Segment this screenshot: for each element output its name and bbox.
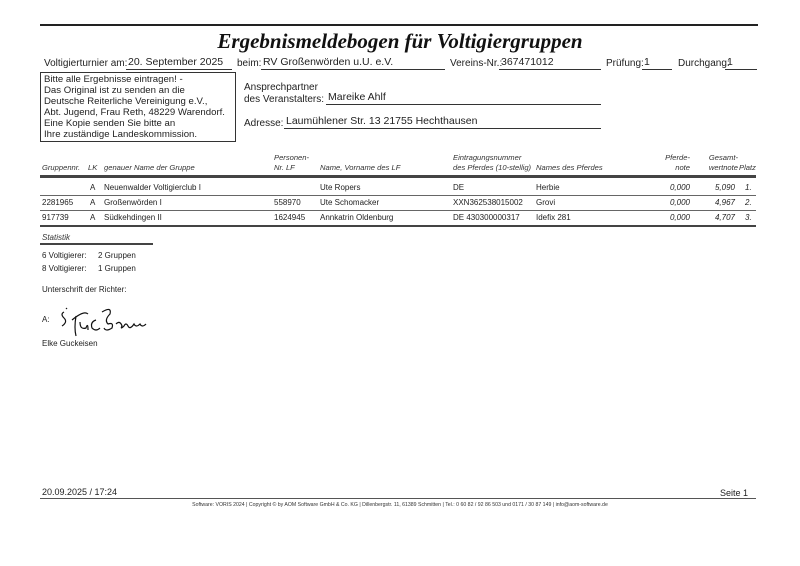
header-gruppennr: Gruppennr. — [42, 163, 80, 173]
footer-timestamp: 20.09.2025 / 17:24 — [42, 487, 117, 497]
cell-platz: 2. — [745, 198, 752, 208]
pruefung-label: Prüfung: — [606, 58, 644, 69]
header-platz: Platz — [739, 163, 756, 173]
notice-line: Deutsche Reiterliche Vereinigung e.V., — [44, 96, 232, 107]
statistik-title: Statistik — [42, 233, 70, 242]
signature-name: Elke Guckeisen — [42, 339, 98, 348]
row-rule — [40, 210, 756, 211]
cell-lf-name: Ute Schomacker — [320, 198, 379, 208]
cell-platz: 3. — [745, 213, 752, 223]
notice-box: Bitte alle Ergebnisse eintragen! - Das O… — [40, 72, 236, 142]
cell-personen-nr: 558970 — [274, 198, 301, 208]
cell-eintragungsnr: DE — [453, 183, 464, 193]
footer-page: Seite 1 — [720, 488, 748, 498]
statistik-value: 2 Gruppen — [98, 251, 136, 260]
header-lk: LK — [88, 163, 97, 173]
notice-line: Eine Kopie senden Sie bitte an — [44, 118, 232, 129]
header-pferd: Names des Pferdes — [536, 163, 603, 173]
notice-line: Abt. Jugend, Frau Reth, 48229 Warendorf. — [44, 107, 232, 118]
cell-lk: A — [90, 213, 95, 223]
statistik-value: 1 Gruppen — [98, 264, 136, 273]
cell-pferdenote: 0,000 — [640, 198, 690, 208]
cell-gesamtwertnote: 5,090 — [690, 183, 735, 193]
signature-prefix: A: — [42, 315, 50, 324]
header-name: genauer Name der Gruppe — [104, 163, 195, 173]
cell-platz: 1. — [745, 183, 752, 193]
header-rule — [40, 175, 756, 178]
cell-eintragungsnr: DE 430300000317 — [453, 213, 520, 223]
cell-gruppennr: 917739 — [42, 213, 69, 223]
cell-pferd: Herbie — [536, 183, 560, 193]
statistik-label: 6 Voltigierer: — [42, 251, 86, 260]
cell-gesamtwertnote: 4,707 — [690, 213, 735, 223]
header-eintrag-2: des Pferdes (10-stellig) — [453, 163, 531, 173]
cell-gruppennr: 2281965 — [42, 198, 73, 208]
cell-group-name: Südkehdingen II — [104, 213, 162, 223]
header-pferdenote-1: Pferde- — [650, 153, 690, 163]
vereins-label: Vereins-Nr.: — [450, 58, 502, 69]
cell-lf-name: Annkatrin Oldenburg — [320, 213, 393, 223]
header-lf-name: Name, Vorname des LF — [320, 163, 400, 173]
cell-lk: A — [90, 183, 95, 193]
header-eintrag-1: Eintragungsnummer — [453, 153, 521, 163]
row-rule — [40, 225, 756, 227]
cell-pferdenote: 0,000 — [640, 213, 690, 223]
cell-pferd: Grovi — [536, 198, 555, 208]
header-pferdenote-2: note — [650, 163, 690, 173]
statistik-rule — [40, 243, 153, 245]
beim-label: beim: — [237, 58, 261, 69]
footer-rule — [40, 498, 756, 499]
cell-eintragungsnr: XXN362538015002 — [453, 198, 523, 208]
durchgang-field[interactable]: 1 — [725, 56, 757, 70]
pruefung-field[interactable]: 1 — [642, 56, 672, 70]
top-rule — [40, 24, 758, 26]
turnier-date-field[interactable]: 20. September 2025 — [126, 56, 232, 70]
contact-label-line1: Ansprechpartner — [244, 82, 318, 93]
durchgang-label: Durchgang: — [678, 58, 730, 69]
row-rule — [40, 195, 756, 196]
beim-field[interactable]: RV Großenwörden u.U. e.V. — [261, 56, 445, 70]
statistik-label: 8 Voltigierer: — [42, 264, 86, 273]
cell-group-name: Neuenwalder Voltigierclub I — [104, 183, 201, 193]
address-field[interactable]: Laumühlener Str. 13 21755 Hechthausen — [284, 115, 601, 129]
notice-line: Das Original ist zu senden an die — [44, 85, 232, 96]
cell-gesamtwertnote: 4,967 — [690, 198, 735, 208]
turnier-label: Voltigierturnier am: — [44, 58, 127, 69]
cell-lk: A — [90, 198, 95, 208]
header-personen-2: Nr. LF — [274, 163, 295, 173]
cell-group-name: Großenwörden I — [104, 198, 162, 208]
contact-label-line2: des Veranstalters: — [244, 94, 324, 105]
cell-pferdenote: 0,000 — [640, 183, 690, 193]
notice-line: Ihre zuständige Landeskommission. — [44, 129, 232, 140]
signature-scribble — [58, 302, 158, 338]
contact-field[interactable]: Mareike Ahlf — [326, 91, 601, 105]
cell-lf-name: Ute Ropers — [320, 183, 360, 193]
header-gesamt-2: wertnote — [700, 163, 738, 173]
footer-software: Software: VORIS 2024 | Copyright © by AO… — [0, 502, 800, 508]
address-label: Adresse: — [244, 118, 283, 129]
cell-personen-nr: 1624945 — [274, 213, 305, 223]
header-gesamt-1: Gesamt- — [700, 153, 738, 163]
cell-pferd: Idefix 281 — [536, 213, 571, 223]
notice-line: Bitte alle Ergebnisse eintragen! - — [44, 74, 232, 85]
signature-icon — [58, 302, 158, 338]
signature-label: Unterschrift der Richter: — [42, 285, 126, 294]
vereins-field[interactable]: 367471012 — [499, 56, 601, 70]
header-personen-1: Personen- — [274, 153, 309, 163]
document-title: Ergebnismeldebogen für Voltigiergruppen — [0, 29, 800, 54]
